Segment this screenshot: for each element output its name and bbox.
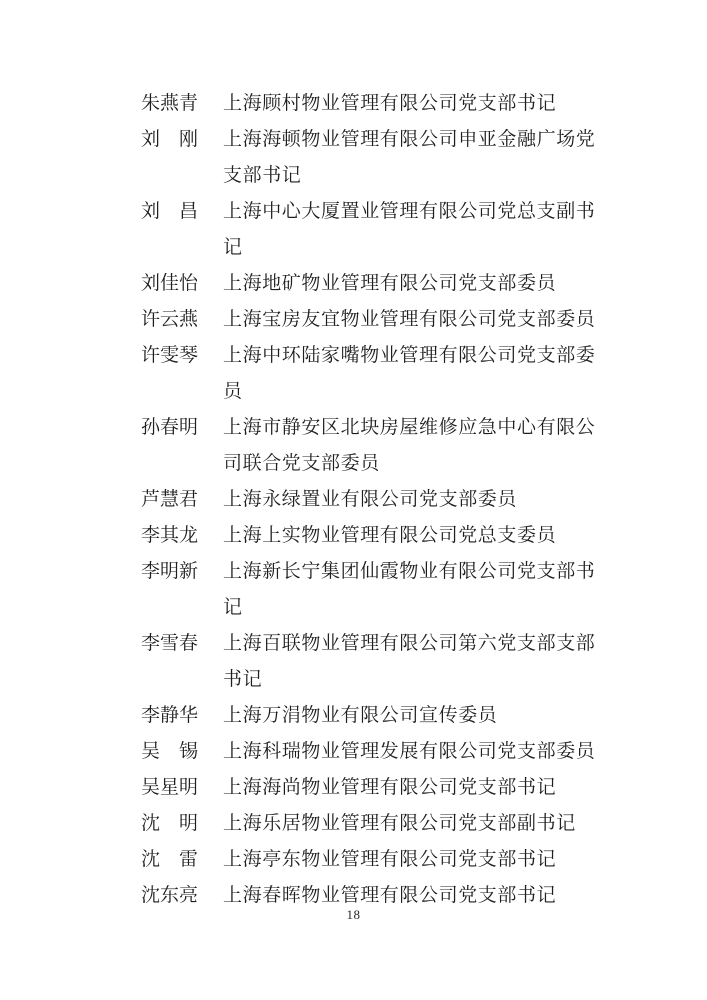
member-position: 上海海尚物业管理有限公司党支部书记: [223, 770, 556, 806]
roster-row: 许云燕 上海宝房友宜物业管理有限公司党支部委员: [141, 302, 595, 338]
position-line: 记: [223, 230, 595, 266]
position-line: 上海百联物业管理有限公司第六党支部支部: [223, 626, 595, 662]
member-position: 上海市静安区北块房屋维修应急中心有限公司联合党支部委员: [223, 410, 595, 482]
member-name: 沈 明: [141, 806, 199, 842]
position-line: 上海宝房友宜物业管理有限公司党支部委员: [223, 302, 595, 338]
roster-row: 朱燕青 上海顾村物业管理有限公司党支部书记: [141, 86, 595, 122]
position-line: 书记: [223, 662, 595, 698]
member-name: 吴星明: [141, 770, 199, 806]
member-position: 上海百联物业管理有限公司第六党支部支部书记: [223, 626, 595, 698]
member-position: 上海万涓物业有限公司宣传委员: [223, 698, 497, 734]
member-position: 上海科瑞物业管理发展有限公司党支部委员: [223, 734, 595, 770]
member-name: 李其龙: [141, 518, 199, 554]
member-name: 刘 昌: [141, 194, 199, 230]
roster-row: 芦慧君 上海永绿置业有限公司党支部委员: [141, 482, 595, 518]
member-name: 许雯琴: [141, 338, 199, 374]
member-position: 上海顾村物业管理有限公司党支部书记: [223, 86, 556, 122]
roster-row: 沈 明 上海乐居物业管理有限公司党支部副书记: [141, 806, 595, 842]
roster-row: 吴星明 上海海尚物业管理有限公司党支部书记: [141, 770, 595, 806]
member-position: 上海上实物业管理有限公司党总支委员: [223, 518, 556, 554]
roster-row: 刘 昌 上海中心大厦置业管理有限公司党总支副书记: [141, 194, 595, 266]
position-line: 记: [223, 590, 595, 626]
roster-row: 刘佳怡 上海地矿物业管理有限公司党支部委员: [141, 266, 595, 302]
position-line: 上海新长宁集团仙霞物业有限公司党支部书: [223, 554, 595, 590]
position-line: 上海上实物业管理有限公司党总支委员: [223, 518, 556, 554]
member-name: 芦慧君: [141, 482, 199, 518]
position-line: 上海顾村物业管理有限公司党支部书记: [223, 86, 556, 122]
member-position: 上海宝房友宜物业管理有限公司党支部委员: [223, 302, 595, 338]
position-line: 上海中心大厦置业管理有限公司党总支副书: [223, 194, 595, 230]
roster-row: 孙春明 上海市静安区北块房屋维修应急中心有限公司联合党支部委员: [141, 410, 595, 482]
member-position: 上海地矿物业管理有限公司党支部委员: [223, 266, 556, 302]
position-line: 员: [223, 374, 595, 410]
document-page: 朱燕青 上海顾村物业管理有限公司党支部书记 刘 刚 上海海顿物业管理有限公司申亚…: [0, 0, 707, 1000]
roster-row: 吴 锡 上海科瑞物业管理发展有限公司党支部委员: [141, 734, 595, 770]
roster-row: 李雪春 上海百联物业管理有限公司第六党支部支部书记: [141, 626, 595, 698]
roster-row: 李明新 上海新长宁集团仙霞物业有限公司党支部书记: [141, 554, 595, 626]
member-name: 沈 雷: [141, 842, 199, 878]
roster-row: 刘 刚 上海海顿物业管理有限公司申亚金融广场党支部书记: [141, 122, 595, 194]
member-position: 上海永绿置业有限公司党支部委员: [223, 482, 517, 518]
position-line: 上海海尚物业管理有限公司党支部书记: [223, 770, 556, 806]
roster-row: 李其龙 上海上实物业管理有限公司党总支委员: [141, 518, 595, 554]
position-line: 支部书记: [223, 158, 595, 194]
member-name: 许云燕: [141, 302, 199, 338]
member-position: 上海中心大厦置业管理有限公司党总支副书记: [223, 194, 595, 266]
member-name: 李静华: [141, 698, 199, 734]
member-name: 朱燕青: [141, 86, 199, 122]
position-line: 上海亭东物业管理有限公司党支部书记: [223, 842, 556, 878]
member-name: 李雪春: [141, 626, 199, 662]
member-name: 李明新: [141, 554, 199, 590]
member-position: 上海海顿物业管理有限公司申亚金融广场党支部书记: [223, 122, 595, 194]
member-position: 上海中环陆家嘴物业管理有限公司党支部委员: [223, 338, 595, 410]
roster-row: 李静华 上海万涓物业有限公司宣传委员: [141, 698, 595, 734]
position-line: 上海永绿置业有限公司党支部委员: [223, 482, 517, 518]
position-line: 上海万涓物业有限公司宣传委员: [223, 698, 497, 734]
member-name: 孙春明: [141, 410, 199, 446]
page-number: 18: [0, 907, 707, 923]
member-position: 上海新长宁集团仙霞物业有限公司党支部书记: [223, 554, 595, 626]
roster-list: 朱燕青 上海顾村物业管理有限公司党支部书记 刘 刚 上海海顿物业管理有限公司申亚…: [141, 86, 595, 914]
position-line: 上海市静安区北块房屋维修应急中心有限公: [223, 410, 595, 446]
member-position: 上海亭东物业管理有限公司党支部书记: [223, 842, 556, 878]
member-name: 刘 刚: [141, 122, 199, 158]
position-line: 上海中环陆家嘴物业管理有限公司党支部委: [223, 338, 595, 374]
roster-row: 沈 雷 上海亭东物业管理有限公司党支部书记: [141, 842, 595, 878]
position-line: 上海乐居物业管理有限公司党支部副书记: [223, 806, 576, 842]
position-line: 上海海顿物业管理有限公司申亚金融广场党: [223, 122, 595, 158]
position-line: 上海地矿物业管理有限公司党支部委员: [223, 266, 556, 302]
position-line: 司联合党支部委员: [223, 446, 595, 482]
member-position: 上海乐居物业管理有限公司党支部副书记: [223, 806, 576, 842]
position-line: 上海科瑞物业管理发展有限公司党支部委员: [223, 734, 595, 770]
member-name: 吴 锡: [141, 734, 199, 770]
roster-row: 许雯琴 上海中环陆家嘴物业管理有限公司党支部委员: [141, 338, 595, 410]
member-name: 刘佳怡: [141, 266, 199, 302]
